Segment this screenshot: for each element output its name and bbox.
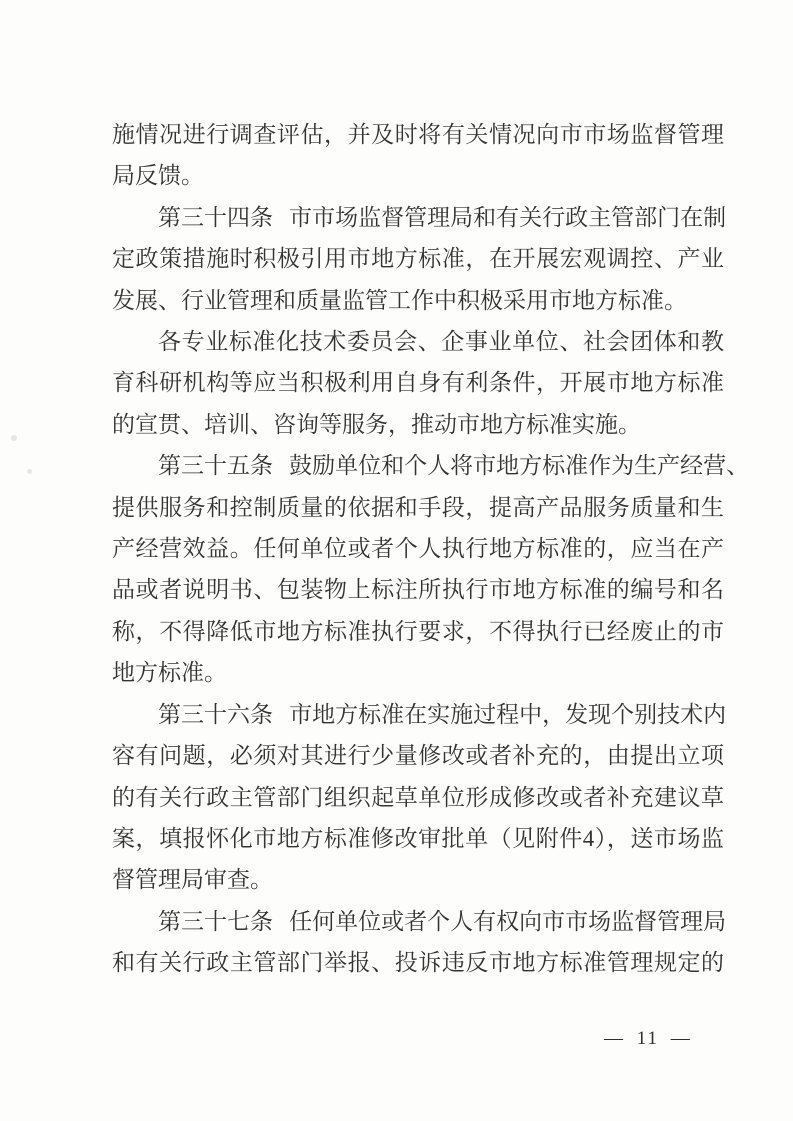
paragraph: 施情况进行调查评估，并及时将有关情况向市市场监督管理局反馈。 — [112, 114, 724, 197]
paragraph: 各专业标准化技术委员会、企事业单位、社会团体和教育科研机构等应当积极利用自身有利… — [112, 321, 724, 445]
paragraph: 第三十四条 市市场监督管理局和有关行政主管部门在制定政策措施时积极引用市地方标准… — [112, 197, 724, 321]
text-line: 的宣贯、培训、咨询等服务，推动市地方标准实施。 — [112, 404, 724, 445]
text-line: 产经营效益。任何单位或者个人执行地方标准的，应当在产 — [112, 528, 724, 569]
text-line: 地方标准。 — [112, 652, 724, 693]
text-line: 和有关行政主管部门举报、投诉违反市地方标准管理规定的 — [112, 942, 724, 983]
paragraph: 第三十六条 市地方标准在实施过程中，发现个别技术内容有问题，必须对其进行少量修改… — [112, 694, 724, 901]
text-line: 第三十五条 鼓励单位和个人将市地方标准作为生产经营、 — [112, 445, 724, 486]
text-line: 的有关行政主管部门组织起草单位形成修改或者补充建议草 — [112, 777, 724, 818]
text-line: 第三十六条 市地方标准在实施过程中，发现个别技术内 — [112, 694, 724, 735]
text-line: 品或者说明书、包装物上标注所执行市地方标准的编号和名 — [112, 569, 724, 610]
paragraph: 第三十五条 鼓励单位和个人将市地方标准作为生产经营、提供服务和控制质量的依据和手… — [112, 445, 724, 693]
text-line: 育科研机构等应当积极利用自身有利条件，开展市地方标准 — [112, 362, 724, 403]
text-line: 第三十七条 任何单位或者个人有权向市市场监督管理局 — [112, 901, 724, 942]
page-number: — 11 — — [604, 1028, 692, 1050]
text-line: 案，填报怀化市地方标准修改审批单（见附件4），送市场监 — [112, 818, 724, 859]
text-line: 各专业标准化技术委员会、企事业单位、社会团体和教 — [112, 321, 724, 362]
scan-artifact — [27, 469, 32, 474]
scan-artifact — [11, 435, 17, 441]
text-line: 第三十四条 市市场监督管理局和有关行政主管部门在制 — [112, 197, 724, 238]
text-line: 称，不得降低市地方标准执行要求，不得执行已经废止的市 — [112, 611, 724, 652]
text-line: 督管理局审查。 — [112, 859, 724, 900]
document-page: 施情况进行调查评估，并及时将有关情况向市市场监督管理局反馈。第三十四条 市市场监… — [0, 0, 793, 1121]
text-line: 施情况进行调查评估，并及时将有关情况向市市场监督管理 — [112, 114, 724, 155]
text-line: 定政策措施时积极引用市地方标准，在开展宏观调控、产业 — [112, 238, 724, 279]
paragraph: 第三十七条 任何单位或者个人有权向市市场监督管理局和有关行政主管部门举报、投诉违… — [112, 901, 724, 984]
text-line: 局反馈。 — [112, 155, 724, 196]
text-line: 提供服务和控制质量的依据和手段，提高产品服务质量和生 — [112, 487, 724, 528]
text-line: 容有问题，必须对其进行少量修改或者补充的，由提出立项 — [112, 735, 724, 776]
text-block: 施情况进行调查评估，并及时将有关情况向市市场监督管理局反馈。第三十四条 市市场监… — [112, 114, 724, 984]
text-line: 发展、行业管理和质量监管工作中积极采用市地方标准。 — [112, 280, 724, 321]
